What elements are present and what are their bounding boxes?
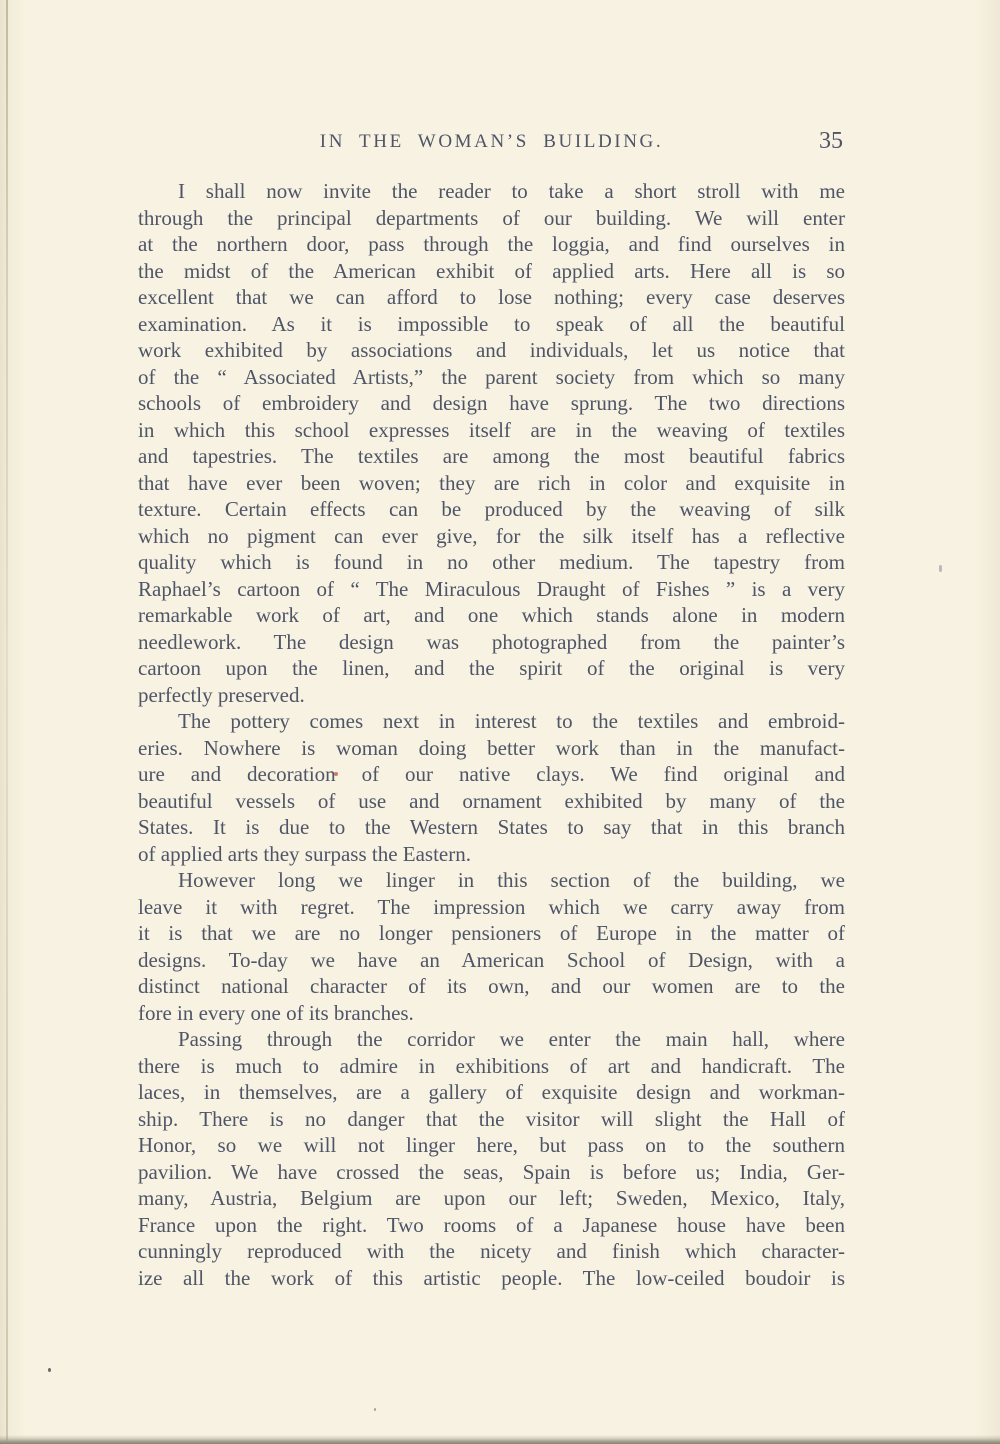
text-line: excellent that we can afford to lose not… bbox=[138, 284, 845, 311]
text-line: cartoon upon the linen, and the spirit o… bbox=[138, 655, 845, 682]
text-line: cunningly reproduced with the nicety and… bbox=[138, 1238, 845, 1265]
text-line: there is much to admire in exhibitions o… bbox=[138, 1053, 845, 1080]
ink-speck bbox=[374, 1408, 376, 1411]
paragraph: The pottery comes next in interest to th… bbox=[138, 708, 845, 867]
text-line: designs. To-day we have an American Scho… bbox=[138, 947, 845, 974]
text-body: I shall now invite the reader to take a … bbox=[138, 178, 845, 1291]
text-line: texture. Certain effects can be produced… bbox=[138, 496, 845, 523]
ink-speck bbox=[48, 1368, 51, 1372]
ink-speck bbox=[939, 565, 942, 572]
text-line: through the principal departments of our… bbox=[138, 205, 845, 232]
page-number-label: 35 bbox=[819, 127, 843, 155]
text-line: many, Austria, Belgium are upon our left… bbox=[138, 1185, 845, 1212]
text-line: that have ever been woven; they are rich… bbox=[138, 470, 845, 497]
text-line: schools of embroidery and design have sp… bbox=[138, 390, 845, 417]
text-line: Passing through the corridor we enter th… bbox=[138, 1026, 845, 1053]
text-line: the midst of the American exhibit of app… bbox=[138, 258, 845, 285]
text-line: Raphael’s cartoon of “ The Miraculous Dr… bbox=[138, 576, 845, 603]
text-line: needlework. The design was photographed … bbox=[138, 629, 845, 656]
page-bottom-edge bbox=[0, 1435, 1000, 1444]
text-line: remarkable work of art, and one which st… bbox=[138, 602, 845, 629]
text-line: I shall now invite the reader to take a … bbox=[138, 178, 845, 205]
page-title: IN THE WOMAN’S BUILDING. bbox=[138, 129, 845, 155]
text-line: pavilion. We have crossed the seas, Spai… bbox=[138, 1159, 845, 1186]
text-line: at the northern door, pass through the l… bbox=[138, 231, 845, 258]
text-line: distinct national character of its own, … bbox=[138, 973, 845, 1000]
text-line: work exhibited by associations and indiv… bbox=[138, 337, 845, 364]
text-line: of the “ Associated Artists,” the parent… bbox=[138, 364, 845, 391]
paragraph: Passing through the corridor we enter th… bbox=[138, 1026, 845, 1291]
text-line: perfectly preserved. bbox=[138, 682, 845, 709]
text-line: However long we linger in this section o… bbox=[138, 867, 845, 894]
paragraph: I shall now invite the reader to take a … bbox=[138, 178, 845, 708]
text-line: ize all the work of this artistic people… bbox=[138, 1265, 845, 1292]
text-line: examination. As it is impossible to spea… bbox=[138, 311, 845, 338]
text-line: ship. There is no danger that the visito… bbox=[138, 1106, 845, 1133]
text-line: France upon the right. Two rooms of a Ja… bbox=[138, 1212, 845, 1239]
text-line: which no pigment can ever give, for the … bbox=[138, 523, 845, 550]
text-line: quality which is found in no other mediu… bbox=[138, 549, 845, 576]
text-line: The pottery comes next in interest to th… bbox=[138, 708, 845, 735]
page-fold-line bbox=[6, 0, 8, 1444]
text-line: it is that we are no longer pensioners o… bbox=[138, 920, 845, 947]
text-line: eries. Nowhere is woman doing better wor… bbox=[138, 735, 845, 762]
text-line: laces, in themselves, are a gallery of e… bbox=[138, 1079, 845, 1106]
paragraph: However long we linger in this section o… bbox=[138, 867, 845, 1026]
text-line: ure and decoration of our native clays. … bbox=[138, 761, 845, 788]
text-line: of applied arts they surpass the Eastern… bbox=[138, 841, 845, 868]
text-line: and tapestries. The textiles are among t… bbox=[138, 443, 845, 470]
ink-speck bbox=[334, 772, 338, 776]
text-line: Honor, so we will not linger here, but p… bbox=[138, 1132, 845, 1159]
text-line: beautiful vessels of use and ornament ex… bbox=[138, 788, 845, 815]
text-line: in which this school expresses itself ar… bbox=[138, 417, 845, 444]
text-line: leave it with regret. The impression whi… bbox=[138, 894, 845, 921]
running-head: IN THE WOMAN’S BUILDING. 35 bbox=[138, 129, 845, 155]
text-line: States. It is due to the Western States … bbox=[138, 814, 845, 841]
text-line: fore in every one of its branches. bbox=[138, 1000, 845, 1027]
